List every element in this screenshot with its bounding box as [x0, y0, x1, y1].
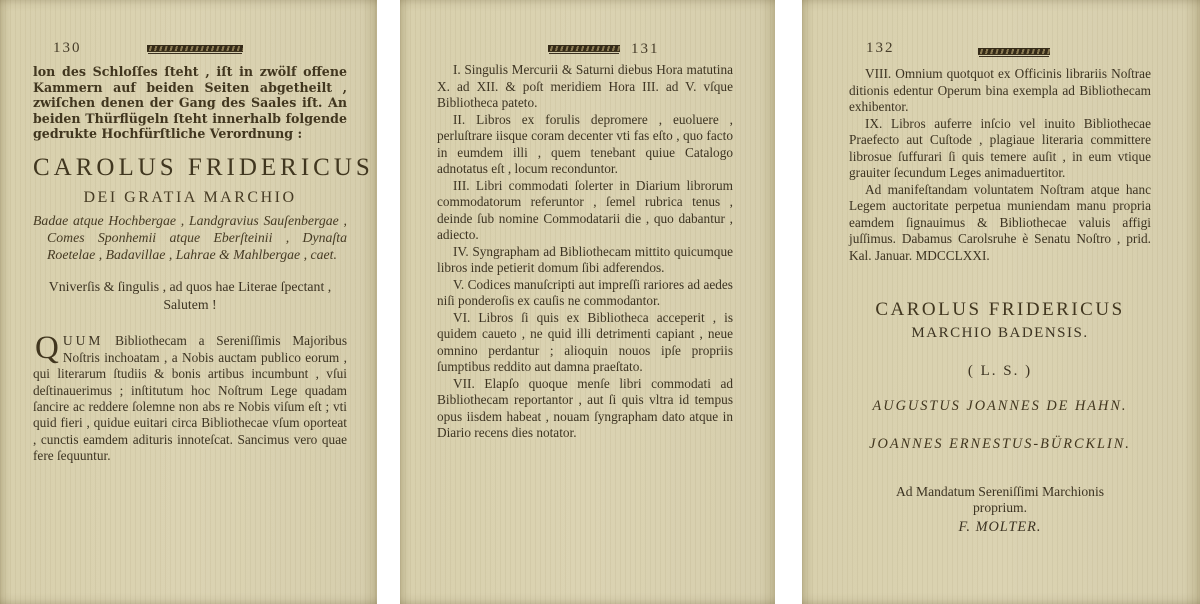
statute-item-7: VII. Elapſo quoque menſe libri commodati… [437, 376, 733, 442]
ornament-rule-icon [548, 45, 620, 52]
statute-item-1: I. Singulis Mercurii & Saturni diebus Ho… [437, 62, 733, 112]
page-number-130: 130 [53, 40, 82, 57]
mandate-signature: F. MOLTER. [849, 519, 1151, 536]
german-intro-paragraph: lon des Schloſſes ſteht , iſt in zwölf o… [33, 64, 347, 142]
ornament-rule-icon [978, 48, 1050, 55]
salutation-line: Vniverſis & ſingulis , ad quos hae Liter… [33, 278, 347, 314]
decree-heading: CAROLUS FRIDERICUS [33, 155, 347, 181]
dropcap-letter: Q [33, 333, 63, 361]
statute-item-4: IV. Syngrapham ad Bibliothecam mittito q… [437, 244, 733, 277]
witness-signature-1: AUGUSTUS JOANNES DE HAHN. [849, 398, 1151, 415]
statute-item-8: VIII. Omnium quotquot ex Officinis libra… [849, 66, 1151, 116]
mandate-note: Ad Mandatum Sereniſſimi Marchionis propr… [849, 484, 1151, 516]
preamble-text: Bibliothecam a Sereniſſimis Majoribus No… [33, 333, 347, 463]
page-131-text-column: I. Singulis Mercurii & Saturni diebus Ho… [437, 62, 733, 442]
preamble-paragraph: QUUM Bibliothecam a Sereniſſimis Majorib… [33, 333, 347, 464]
closing-paragraph: Ad manifeſtandam voluntatem Noſtram atqu… [849, 182, 1151, 265]
signature-title: MARCHIO BADENSIS. [849, 325, 1151, 341]
page-132-text-column: VIII. Omnium quotquot ex Officinis libra… [849, 66, 1151, 536]
page-132: 132 VIII. Omnium quotquot ex Officinis l… [802, 0, 1200, 604]
statute-item-5: V. Codices manuſcripti aut impreſſi rari… [437, 277, 733, 310]
mandate-line-1: Ad Mandatum Sereniſſimi Marchionis [896, 484, 1104, 499]
page-130-text-column: lon des Schloſſes ſteht , iſt in zwölf o… [33, 64, 347, 465]
statute-item-6: VI. Libros ſi quis ex Bibliotheca accepe… [437, 310, 733, 376]
statute-item-9: IX. Libros auferre inſcio vel inuito Bib… [849, 116, 1151, 182]
lead-word: UUM [63, 333, 104, 348]
signature-name: CAROLUS FRIDERICUS [849, 299, 1151, 321]
margrave-titles-paragraph: Badae atque Hochbergae , Landgravius Sau… [33, 213, 347, 263]
statute-item-2: II. Libros ex forulis depromere , euolue… [437, 112, 733, 178]
page-number-131: 131 [631, 41, 660, 58]
page-130: 130 lon des Schloſſes ſteht , iſt in zwö… [0, 0, 377, 604]
page-131: 131 I. Singulis Mercurii & Saturni diebu… [400, 0, 775, 604]
page-number-132: 132 [866, 40, 895, 57]
mandate-line-2: proprium. [973, 500, 1027, 515]
seal-mark: ( L. S. ) [849, 363, 1151, 379]
statute-item-3: III. Libri commodati ſolerter in Diarium… [437, 178, 733, 244]
decree-subheading: DEI GRATIA MARCHIO [33, 189, 347, 206]
witness-signature-2: JOANNES ERNESTUS-BÜRCKLIN. [849, 436, 1151, 453]
ornament-rule-icon [147, 45, 243, 52]
